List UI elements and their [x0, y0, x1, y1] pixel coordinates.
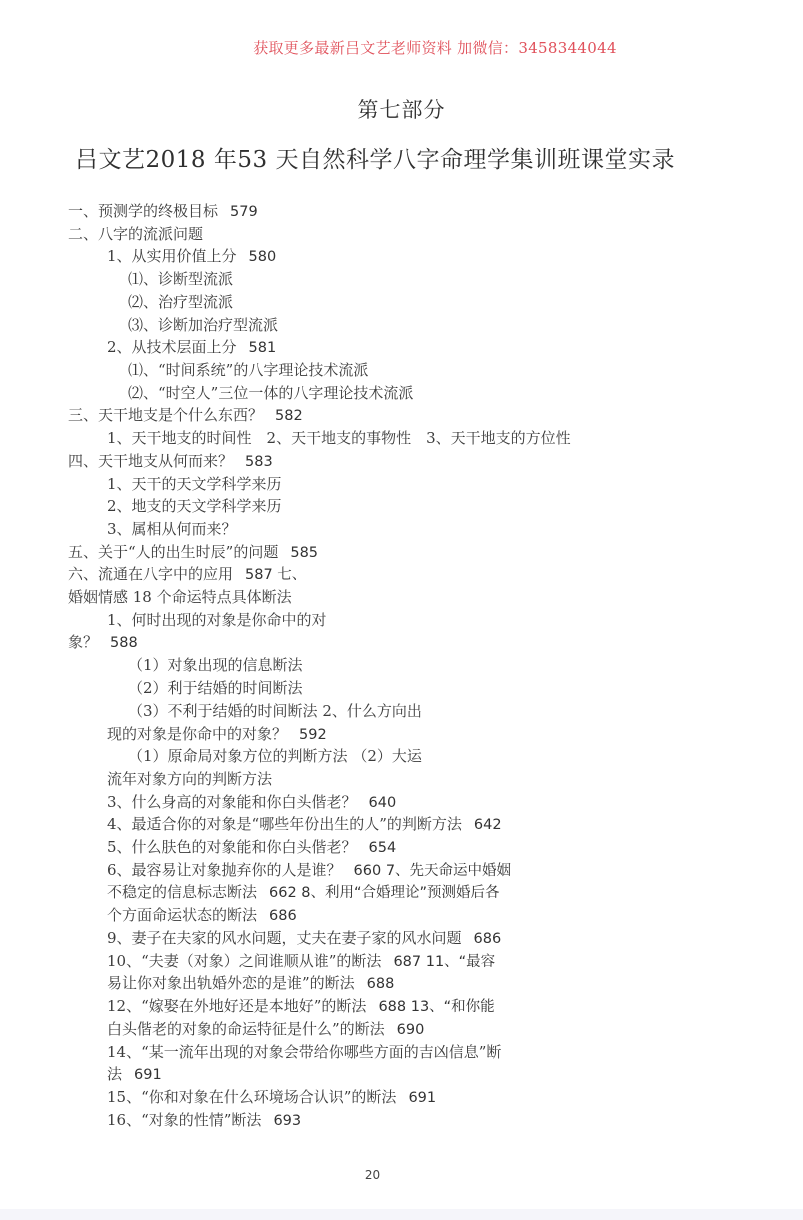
toc-entry-page-number: 691 [134, 1067, 162, 1083]
toc-entry-page-number: 580 [249, 249, 277, 265]
toc-entry: （2）利于结婚的时间断法 [128, 677, 303, 699]
toc-entry: 12、“嫁娶在外地好还是本地好”的断法688 13、“和你能 [107, 995, 495, 1017]
toc-entry-text: ⑵、“时空人”三位一体的八字理论技术流派 [128, 384, 413, 402]
toc-entry: 1、从实用价值上分580 [107, 245, 276, 267]
toc-entry: 六、流通在八字中的应用587 七、 [68, 563, 306, 585]
toc-entry: 6、最容易让对象抛弃你的人是谁？660 7、先天命运中婚姻 [107, 859, 511, 881]
toc-entry-text: 12、“嫁娶在外地好还是本地好”的断法 [107, 997, 366, 1015]
toc-entry-page-number: 585 [290, 545, 318, 561]
toc-entry-text: 法 [107, 1065, 122, 1083]
toc-entry: 流年对象方向的判断方法 [107, 768, 272, 790]
toc-entry-text: 四、天干地支从何而来？ [68, 452, 233, 470]
toc-entry-text: 10、“夫妻（对象）之间谁顺从谁”的断法 [107, 952, 381, 970]
toc-entry-text: 3、什么身高的对象能和你白头偕老？ [107, 793, 357, 811]
toc-entry-page-number: 662 8、利用“合婚理论”预测婚后各 [269, 885, 500, 901]
toc-entry-text: 3、属相从何而来？ [107, 520, 237, 538]
toc-entry-text: ⑴、诊断型流派 [128, 270, 233, 288]
toc-entry-text: 15、“你和对象在什么环境场合认识”的断法 [107, 1088, 396, 1106]
toc-entry: 个方面命运状态的断法686 [107, 904, 297, 926]
toc-entry-page-number: 588 [110, 635, 138, 651]
toc-entry-text: 三、天干地支是个什么东西？ [68, 406, 263, 424]
toc-entry-page-number: 587 七、 [245, 567, 306, 583]
toc-entry: （3）不利于结婚的时间断法 2、什么方向出 [128, 700, 422, 722]
toc-entry-text: 流年对象方向的判断方法 [107, 770, 272, 788]
toc-entry-text: 2、从技术层面上分 [107, 338, 237, 356]
toc-entry: 一、预测学的终极目标579 [68, 200, 258, 222]
toc-entry: 2、地支的天文学科学来历 [107, 495, 282, 517]
toc-entry-page-number: 688 [367, 976, 395, 992]
toc-entry-text: ⑶、诊断加治疗型流派 [128, 316, 278, 334]
toc-entry-page-number: 693 [273, 1113, 301, 1129]
toc-entry: （1）原命局对象方位的判断方法 （2）大运 [128, 745, 422, 767]
toc-entry-text: （3）不利于结婚的时间断法 2、什么方向出 [128, 702, 422, 720]
toc-entry-page-number: 687 11、“最容 [393, 954, 495, 970]
toc-entry-text: 婚姻情感 18 个命运特点具体断法 [68, 588, 292, 606]
toc-entry-text: 五、关于“人的出生时辰”的问题 [68, 543, 278, 561]
toc-entry: 现的对象是你命中的对象？592 [107, 723, 327, 745]
toc-entry-text: 二、八字的流派问题 [68, 225, 203, 243]
toc-entry: 法691 [107, 1063, 162, 1085]
toc-entry: 五、关于“人的出生时辰”的问题585 [68, 541, 318, 563]
toc-entry: ⑵、治疗型流派 [128, 291, 233, 313]
toc-entry-text: 4、最适合你的对象是“哪些年份出生的人”的判断方法 [107, 815, 462, 833]
toc-entry-text: 现的对象是你命中的对象？ [107, 725, 287, 743]
toc-entry: 4、最适合你的对象是“哪些年份出生的人”的判断方法642 [107, 813, 502, 835]
toc-entry: ⑵、“时空人”三位一体的八字理论技术流派 [128, 382, 413, 404]
toc-entry-text: 一、预测学的终极目标 [68, 202, 218, 220]
toc-entry: ⑶、诊断加治疗型流派 [128, 314, 278, 336]
toc-entry: 象？588 [68, 631, 138, 653]
toc-entry-text: （1）原命局对象方位的判断方法 （2）大运 [128, 747, 422, 765]
toc-entry-text: 1、天干地支的时间性 2、天干地支的事物性 3、天干地支的方位性 [107, 429, 571, 447]
toc-entry-page-number: 642 [474, 817, 502, 833]
toc-entry-text: 5、什么肤色的对象能和你白头偕老？ [107, 838, 357, 856]
viewer-bottom-bar [0, 1209, 803, 1220]
toc-entry: 2、从技术层面上分581 [107, 336, 276, 358]
toc-entry: 婚姻情感 18 个命运特点具体断法 [68, 586, 292, 608]
toc-entry-text: ⑴、“时间系统”的八字理论技术流派 [128, 361, 368, 379]
toc-entry-text: 六、流通在八字中的应用 [68, 565, 233, 583]
toc-entry-text: 白头偕老的对象的命运特征是什么”的断法 [107, 1020, 385, 1038]
toc-entry-text: 1、天干的天文学科学来历 [107, 475, 282, 493]
toc-entry-page-number: 592 [299, 727, 327, 743]
toc-entry-text: （2）利于结婚的时间断法 [128, 679, 303, 697]
toc-entry-page-number: 660 7、先天命运中婚姻 [354, 863, 512, 879]
toc-entry-page-number: 686 [474, 931, 502, 947]
toc-entry-page-number: 581 [249, 340, 277, 356]
toc-entry-page-number: 640 [369, 795, 397, 811]
toc-entry-text: 易让你对象出轨婚外恋的是谁”的断法 [107, 974, 355, 992]
toc-entry: （1）对象出现的信息断法 [128, 654, 303, 676]
toc-entry-page-number: 688 13、“和你能 [378, 999, 494, 1015]
toc-entry-text: 16、“对象的性情”断法 [107, 1111, 261, 1129]
toc-entry-text: 2、地支的天文学科学来历 [107, 497, 282, 515]
toc-entry-page-number: 691 [408, 1090, 436, 1106]
toc-entry: 1、天干地支的时间性 2、天干地支的事物性 3、天干地支的方位性 [107, 427, 571, 449]
toc-entry: 16、“对象的性情”断法693 [107, 1109, 301, 1131]
toc-entry: 二、八字的流派问题 [68, 223, 203, 245]
toc-entry-text: 个方面命运状态的断法 [107, 906, 257, 924]
toc-entry-page-number: 654 [369, 840, 397, 856]
toc-entry-text: 6、最容易让对象抛弃你的人是谁？ [107, 861, 342, 879]
toc-entry: ⑴、“时间系统”的八字理论技术流派 [128, 359, 368, 381]
toc-entry-page-number: 690 [397, 1022, 425, 1038]
toc-entry-text: 14、“某一流年出现的对象会带给你哪些方面的吉凶信息”断 [107, 1043, 501, 1061]
page-number: 20 [0, 1168, 745, 1182]
toc-entry: 5、什么肤色的对象能和你白头偕老？654 [107, 836, 396, 858]
toc-entry-text: 象？ [68, 633, 98, 651]
toc-entry: 三、天干地支是个什么东西？582 [68, 404, 303, 426]
toc-entry: 白头偕老的对象的命运特征是什么”的断法690 [107, 1018, 424, 1040]
promo-banner-text: 获取更多最新吕文艺老师资料 加微信：3458344044 [0, 37, 803, 58]
toc-entry: 1、天干的天文学科学来历 [107, 473, 282, 495]
toc-entry-page-number: 582 [275, 408, 303, 424]
toc-entry: 易让你对象出轨婚外恋的是谁”的断法688 [107, 972, 394, 994]
part-title: 第七部分 [0, 94, 803, 124]
document-page: 获取更多最新吕文艺老师资料 加微信：3458344044 第七部分 吕文艺201… [0, 0, 803, 1209]
toc-entry-text: ⑵、治疗型流派 [128, 293, 233, 311]
toc-entry-text: （1）对象出现的信息断法 [128, 656, 303, 674]
document-title: 吕文艺2018 年53 天自然科学八字命理学集训班课堂实录 [0, 141, 750, 174]
toc-entry-text: 1、何时出现的对象是你命中的对 [107, 611, 327, 629]
toc-entry-page-number: 686 [269, 908, 297, 924]
toc-entry: 1、何时出现的对象是你命中的对 [107, 609, 327, 631]
toc-entry-page-number: 579 [230, 204, 258, 220]
toc-entry-text: 9、妻子在夫家的风水问题，丈夫在妻子家的风水问题 [107, 929, 462, 947]
toc-entry-page-number: 583 [245, 454, 273, 470]
toc-entry: 14、“某一流年出现的对象会带给你哪些方面的吉凶信息”断 [107, 1041, 501, 1063]
toc-entry: 四、天干地支从何而来？583 [68, 450, 273, 472]
toc-entry: 3、属相从何而来？ [107, 518, 237, 540]
toc-entry: 3、什么身高的对象能和你白头偕老？640 [107, 791, 396, 813]
toc-entry: 9、妻子在夫家的风水问题，丈夫在妻子家的风水问题686 [107, 927, 501, 949]
toc-entry: ⑴、诊断型流派 [128, 268, 233, 290]
toc-entry: 15、“你和对象在什么环境场合认识”的断法691 [107, 1086, 436, 1108]
toc-entry-text: 1、从实用价值上分 [107, 247, 237, 265]
toc-entry: 不稳定的信息标志断法662 8、利用“合婚理论”预测婚后各 [107, 881, 500, 903]
toc-entry-text: 不稳定的信息标志断法 [107, 883, 257, 901]
toc-entry: 10、“夫妻（对象）之间谁顺从谁”的断法687 11、“最容 [107, 950, 495, 972]
